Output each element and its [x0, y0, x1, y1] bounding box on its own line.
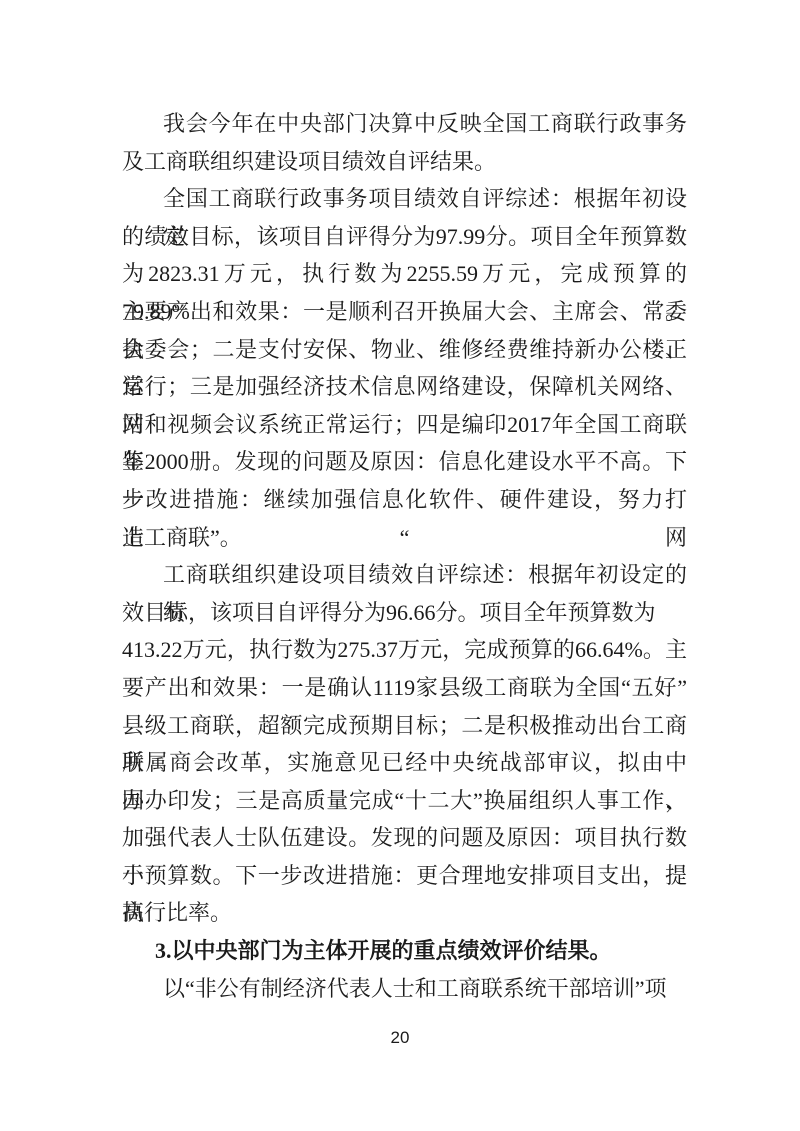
text-line: 于预算数。下一步改进措施：更合理地安排项目支出，提高 — [122, 857, 687, 895]
text-line: 全国工商联行政事务项目绩效自评综述：根据年初设定 — [122, 180, 687, 218]
text-line: 执委会；二是支付安保、物业、维修经费维持新办公楼正常 — [122, 331, 687, 369]
text-line: 主要产出和效果：一是顺利召开换届大会、主席会、常委会、 — [122, 293, 687, 331]
text-line: 运行；三是加强经济技术信息网络建设，保障机关网络、网 — [122, 368, 687, 406]
text-line: 我会今年在中央部门决算中反映全国工商联行政事务 — [122, 105, 687, 143]
text-line: 及工商联组织建设项目绩效自评结果。 — [122, 143, 687, 181]
text-line: 国办印发；三是高质量完成“十二大”换届组织人事工作， — [122, 782, 687, 820]
text-line: 县级工商联，超额完成预期目标；二是积极推动出台工商联 — [122, 707, 687, 745]
document-page: 我会今年在中央部门决算中反映全国工商联行政事务及工商联组织建设项目绩效自评结果。… — [0, 0, 800, 1131]
text-line: 413.22万元，执行数为275.37万元，完成预算的66.64%。主 — [122, 631, 687, 669]
text-line: 以“非公有制经济代表人士和工商联系统干部培训”项 — [122, 970, 687, 1008]
page-number: 20 — [0, 1026, 800, 1050]
text-line: 效目标，该项目自评得分为96.66分。项目全年预算数为 — [122, 594, 687, 632]
text-line: 为2823.31万元，执行数为2255.59万元，完成预算的79.89%。 — [122, 255, 687, 293]
text-line: 执行比率。 — [122, 894, 687, 932]
text-line: 所属商会改革，实施意见已经中央统战部审议，拟由中办、 — [122, 744, 687, 782]
document-body: 我会今年在中央部门决算中反映全国工商联行政事务及工商联组织建设项目绩效自评结果。… — [122, 105, 687, 1007]
text-line: 鉴2000册。发现的问题及原因：信息化建设水平不高。下一 — [122, 443, 687, 481]
text-line: 的绩效目标，该项目自评得分为97.99分。项目全年预算数 — [122, 218, 687, 256]
section-heading: 3.以中央部门为主体开展的重点绩效评价结果。 — [122, 932, 687, 970]
text-line: 步改进措施：继续加强信息化软件、硬件建设，努力打造“网 — [122, 481, 687, 519]
text-line: 加强代表人士队伍建设。发现的问题及原因：项目执行数小 — [122, 819, 687, 857]
text-line: 站和视频会议系统正常运行；四是编印2017年全国工商联年 — [122, 406, 687, 444]
text-line: 要产出和效果：一是确认1119家县级工商联为全国“五好” — [122, 669, 687, 707]
text-line: 工商联组织建设项目绩效自评综述：根据年初设定的绩 — [122, 556, 687, 594]
